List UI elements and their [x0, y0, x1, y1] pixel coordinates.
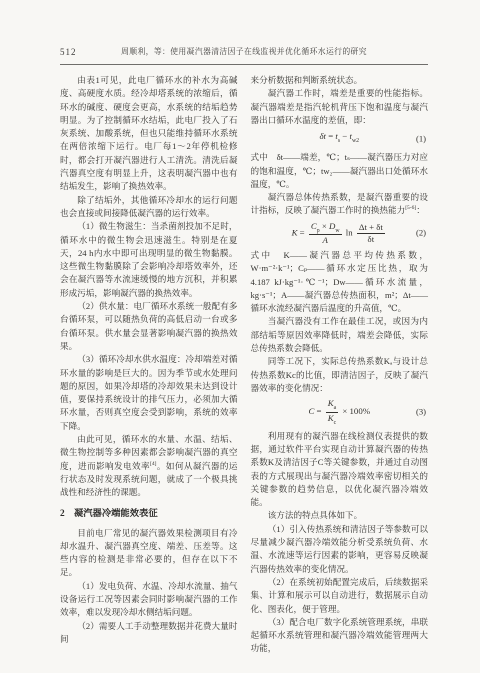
fraction-numerator: Cp × Dw	[309, 221, 342, 236]
equation-body: C = KaKc × 100%	[308, 398, 370, 426]
paragraph: 除了结垢外，其他循环冷却水的运行问题也会直接或间接降低凝汽器的运行效率。	[60, 194, 238, 221]
paragraph: 该方法的特点具体如下。	[251, 509, 429, 522]
equation-body: δt = ts − tw2	[319, 130, 359, 148]
math-subscript: w2	[352, 138, 359, 144]
paragraph: 式中 K——凝汽器总平均传热系数，W·m⁻²·k⁻¹；Cₚ——循环水定压比热，取…	[251, 249, 429, 315]
fraction-denominator: δt	[366, 234, 377, 245]
left-column: 由表1可见，此电厂循环水的补水为高碱度、高硬度水质。经冷却塔系统的浓缩后，循环水…	[60, 74, 238, 656]
running-title: 周顺利，等：使用凝汽器清洁因子在线监视并优化循环水运行的研究	[60, 46, 428, 57]
paragraph-continuation: 来分析数据和判断系统状态。	[251, 74, 429, 87]
page-number: 512	[60, 47, 77, 57]
paragraph: （2）供水量：电厂循环水系统一般配有多台循环泵，可以随热负荷的高低启动一台或多台…	[60, 300, 238, 353]
math-var: A	[323, 235, 328, 245]
math-fraction: Cp × DwA	[309, 221, 342, 246]
paragraph: 目前电厂常见的凝汽器效果检测项目有冷却水温升、凝汽器真空度、端差、压差等。这些内…	[60, 527, 238, 580]
right-column: 来分析数据和判断系统状态。 凝汽器工作时，端差是重要的性能指标。凝汽器端差是指汽…	[251, 74, 429, 656]
fraction-denominator: A	[321, 235, 330, 246]
equation-number: (3)	[416, 406, 426, 419]
article-body: 由表1可见，此电厂循环水的补水为高碱度、高硬度水质。经冷却塔系统的浓缩后，循环水…	[60, 74, 428, 656]
paragraph: 当凝汽器没有工作在最佳工况，或因为内部结垢等原因效率降低时，端差会降低，实际总传…	[251, 315, 429, 355]
paragraph: 利用现有的凝汽器在线检测仪表提供的数据，通过软件平台实现自动计算凝汽器的传热系数…	[251, 430, 429, 510]
paragraph: （1）发电负荷、水温、冷却水流量、抽气设备运行工况等因素会同时影响凝汽器的工作效…	[60, 580, 238, 620]
paragraph: （1）引入传热系统和清洁因子等参数可以尽量减少凝汽器冷端效能分析受系统负荷、水温…	[251, 523, 429, 576]
equation-2: K = Cp × DwA ln Δt + δtδt (2)	[251, 221, 429, 246]
equation-3: C = KaKc × 100% (3)	[251, 398, 429, 426]
paragraph: （2）需要人工手动整理数据并花费大量时间	[60, 620, 238, 647]
math-fraction: KaKc	[326, 398, 338, 426]
equation-number: (2)	[416, 227, 426, 240]
paragraph: 凝汽器总体传热系数，是凝汽器重要的设计指标，反映了凝汽器工作时的换热能力[5-6…	[251, 191, 429, 218]
document-page: 512 周顺利，等：使用凝汽器清洁因子在线监视并优化循环水运行的研究 由表1可见…	[0, 0, 480, 673]
paragraph-text: ：	[416, 205, 425, 215]
fraction-denominator: Kc	[326, 413, 338, 427]
equation-number: (1)	[416, 133, 426, 146]
math-function-ln: ln	[344, 227, 355, 237]
math-operator: ×	[320, 221, 329, 231]
paragraph-text: 凝汽器总体传热系数，是凝汽器重要的设计指标，反映了凝汽器工作时的换热能力	[251, 192, 429, 215]
fraction-numerator: Ka	[326, 398, 338, 413]
paragraph: （1）微生物滋生：当杀菌剂投加不足时，循环水中的微生物会迅速滋生。特别是在夏天，…	[60, 220, 238, 300]
page-header: 512 周顺利，等：使用凝汽器清洁因子在线监视并优化循环水运行的研究	[60, 46, 428, 59]
math-operator: =	[314, 406, 323, 416]
math-subscript: w	[335, 227, 339, 233]
paragraph: （3）循环冷却水供水温度：冷却端差对循环水量的影响是巨大的。因为季节或水处理问题…	[60, 353, 238, 433]
fraction-numerator: Δt + δt	[357, 222, 385, 234]
equation-body: K = Cp × DwA ln Δt + δtδt	[292, 221, 387, 246]
paragraph: （2）在系统初始配置完成后，后续数据采集、计算和展示可以自动进行，数据展示自动化…	[251, 576, 429, 616]
math-subscript: c	[334, 420, 337, 426]
math-operator: =	[297, 227, 306, 237]
paragraph: 同等工况下，实际总传热系数Kₐ与设计总传热系数Kc的比值，即清洁因子，反映了凝汽…	[251, 355, 429, 395]
math-operator: =	[326, 131, 335, 141]
paragraph: 凝汽器工作时，端差是重要的性能指标。凝汽器端差是指汽轮机背压下饱和温度与凝汽器出…	[251, 87, 429, 127]
paragraph: （3）配合电厂数字化系统管理系统，串联起循环水系统管理和凝汽器冷端效能管理两大功…	[251, 616, 429, 656]
equation-1: δt = ts − tw2 (1)	[251, 130, 429, 148]
paragraph: 由表1可见，此电厂循环水的补水为高碱度、高硬度水质。经冷却塔系统的浓缩后，循环水…	[60, 74, 238, 194]
math-subscript: a	[334, 405, 337, 411]
math-operator: × 100%	[340, 406, 370, 416]
paragraph: 式中 δt——端差，℃；tₛ——凝汽器压力对应的饱和温度，℃；tw₂——凝汽器出…	[251, 151, 429, 191]
paragraph: 由此可见，循环水的水量、水温、结垢、微生物控制等多种因素都会影响凝汽器的真空度，…	[60, 433, 238, 499]
header-divider	[60, 64, 428, 65]
section-heading: 2 凝汽器冷端能效表征	[60, 507, 238, 521]
math-fraction: Δt + δtδt	[357, 222, 385, 244]
citation-marker: [5-6]	[405, 206, 416, 212]
